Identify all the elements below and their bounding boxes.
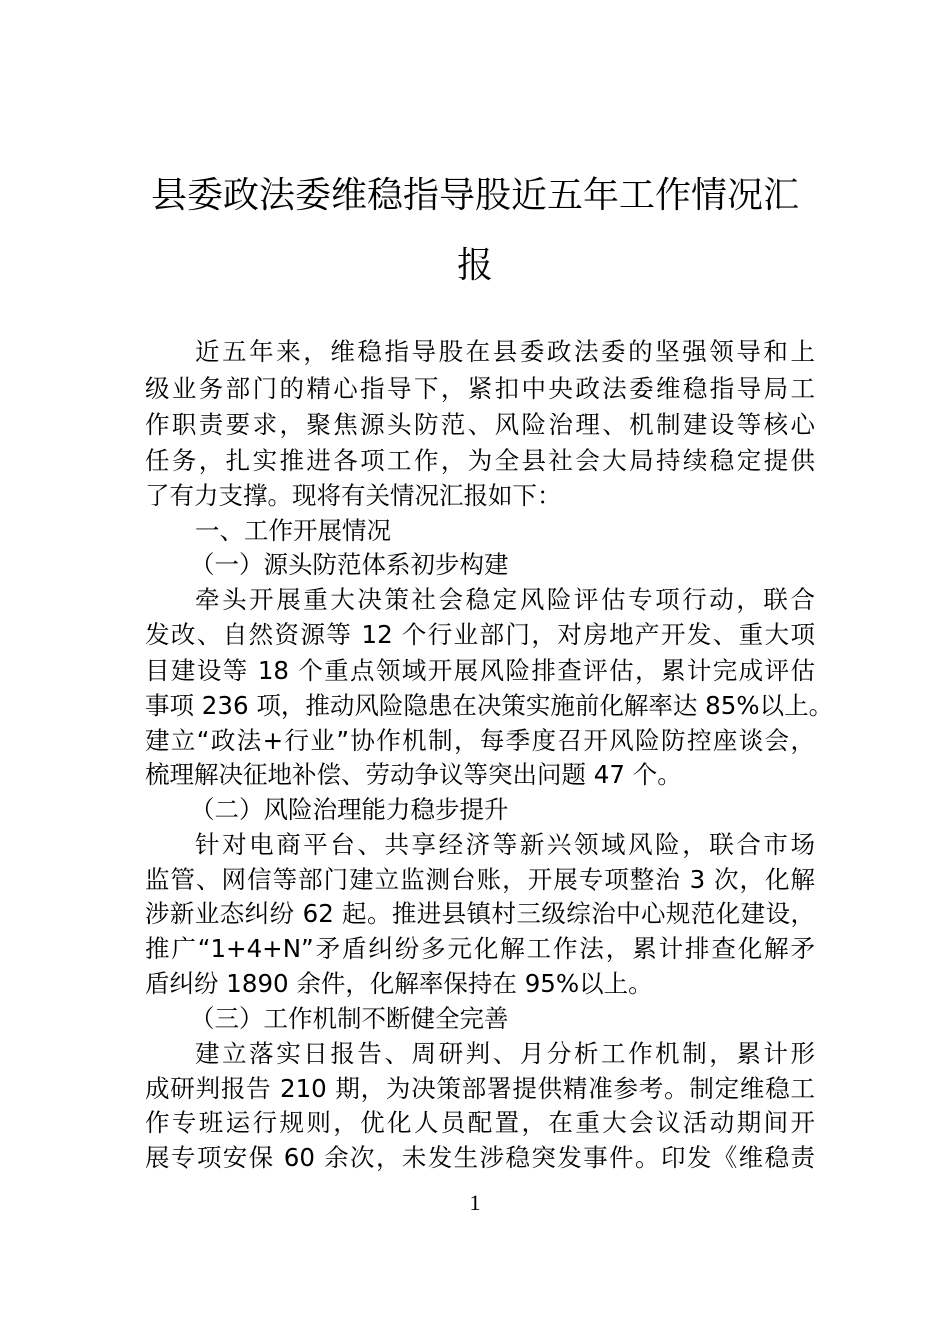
subsection-1-paragraph-line: 牵头开展重大决策社会稳定风险评估专项行动，联合 <box>145 585 815 615</box>
subsection-heading-source-prevention: （一）源头防范体系初步构建 <box>145 550 815 580</box>
subsection-3-paragraph-line: 成研判报告 210 期，为决策部署提供精准参考。制定维稳工 <box>145 1074 815 1104</box>
intro-paragraph-line: 任务，扎实推进各项工作，为全县社会大局持续稳定提供 <box>145 446 815 476</box>
subsection-2-paragraph-line: 推广“1+4+N”矛盾纠纷多元化解工作法，累计排查化解矛 <box>145 934 815 964</box>
subsection-heading-risk-governance: （二）风险治理能力稳步提升 <box>145 795 815 825</box>
section-heading-work-progress: 一、工作开展情况 <box>145 516 815 546</box>
document-title-line-1: 县委政法委维稳指导股近五年工作情况汇 <box>145 178 805 214</box>
subsection-1-paragraph-line: 梳理解决征地补偿、劳动争议等突出问题 47 个。 <box>145 760 815 790</box>
subsection-2-paragraph-line: 涉新业态纠纷 62 起。推进县镇村三级综治中心规范化建设， <box>145 899 815 929</box>
intro-paragraph-line: 作职责要求，聚焦源头防范、风险治理、机制建设等核心 <box>145 410 815 440</box>
subsection-3-paragraph-line: 建立落实日报告、周研判、月分析工作机制，累计形 <box>145 1039 815 1069</box>
intro-paragraph-line: 近五年来，维稳指导股在县委政法委的坚强领导和上 <box>145 337 815 367</box>
subsection-1-paragraph-line: 事项 236 项，推动风险隐患在决策实施前化解率达 85%以上。 <box>145 691 815 721</box>
subsection-2-paragraph-line: 监管、网信等部门建立监测台账，开展专项整治 3 次，化解 <box>145 865 815 895</box>
subsection-1-paragraph-line: 建立“政法+行业”协作机制，每季度召开风险防控座谈会， <box>145 726 815 756</box>
subsection-3-paragraph-line: 展专项安保 60 余次，未发生涉稳突发事件。印发《维稳责 <box>145 1143 815 1173</box>
document-title-line-2: 报 <box>145 248 805 284</box>
subsection-1-paragraph-line: 发改、自然资源等 12 个行业部门，对房地产开发、重大项 <box>145 620 815 650</box>
intro-paragraph-line: 了有力支撑。现将有关情况汇报如下： <box>145 481 815 511</box>
subsection-2-paragraph-line: 针对电商平台、共享经济等新兴领域风险，联合市场 <box>145 830 815 860</box>
page-number: 1 <box>0 1190 950 1216</box>
intro-paragraph-line: 级业务部门的精心指导下，紧扣中央政法委维稳指导局工 <box>145 374 815 404</box>
subsection-2-paragraph-line: 盾纠纷 1890 余件，化解率保持在 95%以上。 <box>145 969 815 999</box>
document-page: 县委政法委维稳指导股近五年工作情况汇 报 近五年来，维稳指导股在县委政法委的坚强… <box>0 0 950 1344</box>
subsection-heading-work-mechanism: （三）工作机制不断健全完善 <box>145 1004 815 1034</box>
subsection-1-paragraph-line: 目建设等 18 个重点领域开展风险排查评估，累计完成评估 <box>145 656 815 686</box>
subsection-3-paragraph-line: 作专班运行规则，优化人员配置，在重大会议活动期间开 <box>145 1108 815 1138</box>
